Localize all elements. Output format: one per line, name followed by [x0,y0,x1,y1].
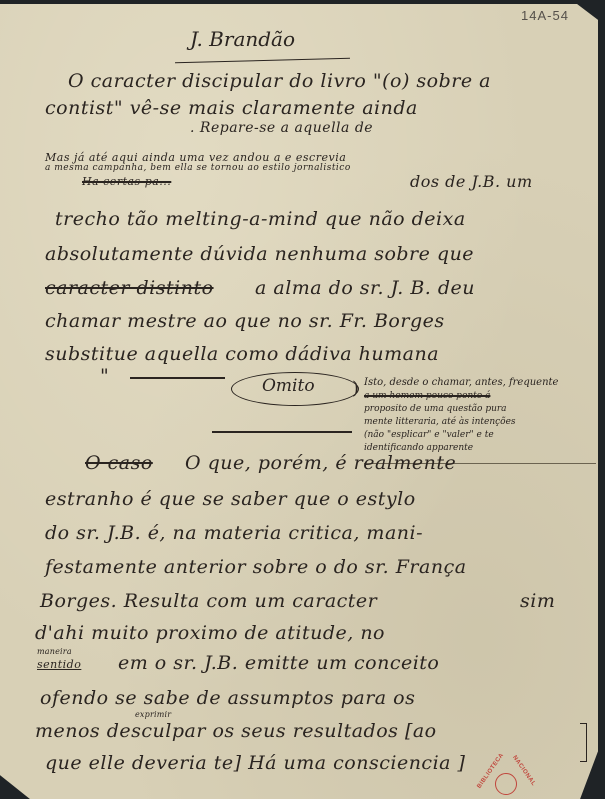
text-line-28: menos desculpar os seus resultados [ao [35,720,437,742]
margin-note-line-5: (não "esplicar" e "valer" e te [364,430,494,440]
interlinear-exprimir: exprimir [135,710,171,719]
text-line-25: em o sr. J.B. emitte um conceito [118,652,439,674]
closing-bracket [580,723,587,762]
text-line-5: a mesma campanha, bem ella se tornou ao … [45,163,351,173]
library-stamp-seal-icon [495,773,517,795]
margin-note-line-4: mente litteraria, até às intenções [364,417,516,427]
margin-note-line-1: Isto, desde o chamar, antes, frequente [364,377,558,388]
struck-word-sentido: sentido [37,658,81,671]
margin-note-line-2: a um homem pouco ponto á [364,391,490,401]
text-line-23: d'ahi muito proximo de atitude, no [35,622,385,644]
open-quote: " [100,365,109,387]
text-line-12: chamar mestre ao que no sr. Fr. Borges [45,310,445,332]
text-line-19: do sr. J.B. é, na materia critica, mani- [45,522,423,544]
struck-text-line-6: Ha certas pa... [82,175,171,188]
text-line-21: Borges. Resulta com um caracter [40,590,377,612]
circled-word: Omito [262,376,315,396]
text-line-18: estranho é que se saber que o estylo [45,488,416,510]
reference-code: 14A-54 [521,8,569,23]
closing-paren: ) [352,378,359,399]
struck-text-line-16: O caso [85,452,153,474]
text-line-26: ofendo se sabe de assumptos para os [40,687,415,709]
text-line-9: absolutamente dúvida nenhuma sobre que [45,243,474,265]
text-line-7: dos de J.B. um [410,172,533,191]
text-line-29: que elle deveria te] Há uma consciencia … [45,752,465,774]
dash-rule-1 [130,377,225,379]
margin-note: Isto, desde o chamar, antes, frequente a… [364,369,596,464]
text-line-11: a alma do sr. J. B. deu [255,277,475,299]
interlinear-maneira: maneira [37,647,72,656]
text-line-2: contist" vê-se mais claramente ainda [45,97,418,119]
margin-note-line-3: proposito de uma questão pura [364,404,507,414]
dash-rule-2 [212,431,352,433]
text-line-17: O que, porém, é realmente [185,452,456,474]
text-line-20: festamente anterior sobre o do sr. Franç… [45,556,467,578]
text-line-3: . Repare-se a aquella de [190,120,373,136]
text-line-1: O caracter discipular do livro "(o) sobr… [68,70,491,92]
struck-text-line-10: caracter distinto [45,277,214,299]
text-line-22: sim [520,590,555,612]
page-title: J. Brandão [190,27,295,51]
text-line-13: substitue aquella como dádiva humana [45,343,439,365]
text-line-8: trecho tão melting-a-mind que não deixa [55,208,466,230]
